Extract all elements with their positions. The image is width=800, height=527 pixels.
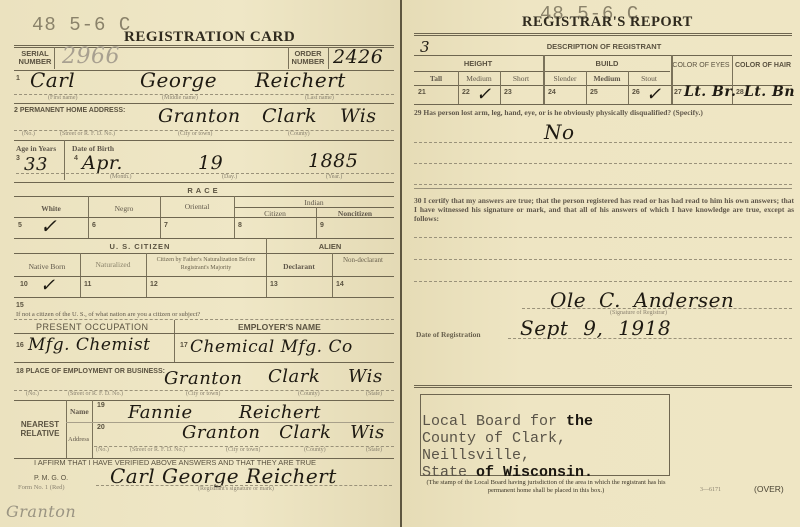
employment-county: Clark	[268, 366, 320, 387]
description-heading: DESCRIPTION OF REGISTRANT	[414, 42, 794, 51]
q29-text: 29 Has person lost arm, leg, hand, eye, …	[414, 108, 794, 118]
birth-year: 1885	[308, 150, 358, 172]
relative-address: Granton Clark Wis	[182, 422, 385, 443]
stamp-caption: (The stamp of the Local Board having jur…	[416, 479, 676, 495]
build-stout-check: ✓	[646, 84, 662, 105]
stamp-line-3: Neillsville,	[422, 447, 593, 464]
occupation-value: Mfg. Chemist	[28, 335, 151, 355]
relative-name: Fannie Reichert	[128, 402, 321, 423]
age-value: 33	[24, 154, 48, 175]
report-title: REGISTRAR'S REPORT	[522, 14, 693, 31]
stamp-number: 48 5-6 C	[32, 14, 131, 36]
employer-label: EMPLOYER'S NAME	[238, 322, 321, 332]
card-title: REGISTRATION CARD	[124, 29, 295, 46]
form-code: 3—6171	[700, 487, 721, 493]
native-born-check: ✓	[40, 275, 56, 296]
us-citizen-heading: U. S. CITIZEN	[14, 242, 266, 251]
eye-color: Lt. Br.	[684, 84, 736, 100]
q30-text: 30 I certify that my answers are true; t…	[414, 196, 794, 223]
order-number-label: ORDER NUMBER	[290, 50, 326, 66]
employment-state: Wis	[348, 366, 383, 387]
date-label: Date of Registration	[416, 330, 481, 339]
employment-place-label: 18 PLACE OF EMPLOYMENT OR BUSINESS:	[16, 368, 165, 375]
home-address-label: 2 PERMANENT HOME ADDRESS:	[14, 107, 125, 114]
serial-number-label: SERIAL NUMBER	[16, 50, 54, 66]
employment-city: Granton	[164, 368, 242, 389]
stamp-line-1: Local Board for the	[422, 413, 593, 430]
order-number-value: 2426	[333, 46, 383, 68]
q15-text: If not a citizen of the U. S., of what n…	[16, 311, 200, 318]
middle-name: George	[140, 68, 217, 92]
occupation-label: PRESENT OCCUPATION	[36, 322, 149, 332]
registrars-report-card: 48 5-6 C REGISTRAR'S REPORT 3 DESCRIPTIO…	[402, 0, 800, 527]
over-label: (OVER)	[754, 484, 784, 494]
height-medium-check: ✓	[476, 84, 492, 105]
stamp-line-2: County of Clark,	[422, 430, 593, 447]
alien-heading: ALIEN	[266, 242, 394, 251]
last-name: Reichert	[255, 68, 346, 92]
home-state: Wis	[340, 105, 377, 127]
birth-day: 19	[198, 152, 223, 174]
employer-value: Chemical Mfg. Co	[190, 337, 353, 357]
registration-date: Sept 9, 1918	[520, 316, 671, 340]
birth-month: Apr.	[82, 152, 123, 174]
q29-answer: No	[544, 120, 575, 144]
home-city: Granton	[158, 105, 241, 127]
age-label: Age in Years	[16, 144, 56, 153]
nearest-relative-label: NEAREST RELATIVE	[16, 420, 64, 438]
serial-number-value: 2966	[62, 44, 120, 69]
home-county: Clark	[262, 105, 317, 127]
margin-note: Granton	[6, 502, 76, 521]
race-white-check: ✓	[40, 214, 57, 238]
hair-color: Lt. Bn	[744, 84, 795, 100]
registration-card: 48 5-6 C REGISTRATION CARD SERIAL NUMBER…	[0, 0, 402, 527]
first-name: Carl	[30, 68, 75, 92]
race-heading: RACE	[14, 186, 394, 195]
local-board-stamp-box: Local Board for the County of Clark, Nei…	[420, 394, 670, 476]
